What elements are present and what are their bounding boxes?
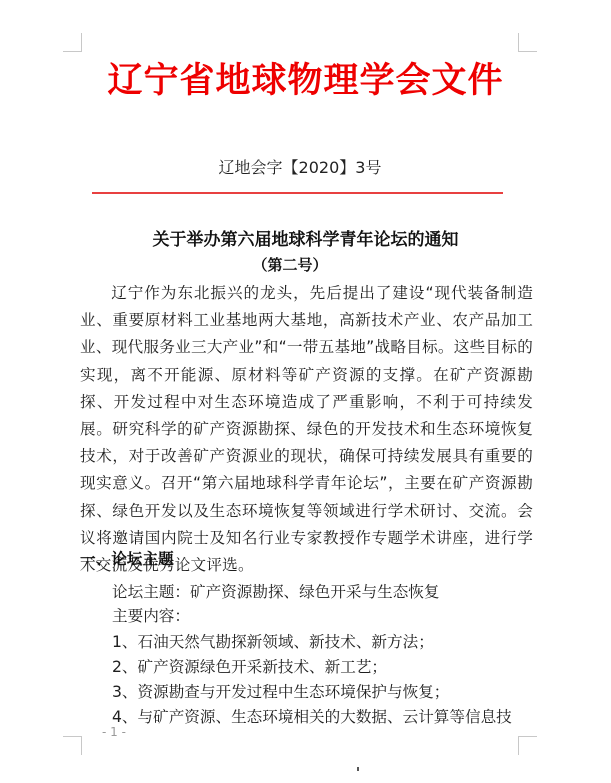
- page-number: - 1 -: [102, 724, 126, 740]
- list-item: 4、与矿产资源、生态环境相关的大数据、云计算等信息技: [112, 705, 512, 729]
- document-page: 辽宁省地球物理学会文件 辽地会字【2020】3号 关于举办第六届地球科学青年论坛…: [0, 0, 611, 783]
- crop-mark-top-left: [63, 33, 82, 52]
- list-item: 2、矿产资源绿色开采新技术、新工艺；: [112, 655, 387, 679]
- notice-subtitle: （第二号）: [0, 254, 580, 276]
- crop-mark-top-right: [518, 33, 537, 52]
- document-number: 辽地会字【2020】3号: [0, 157, 600, 179]
- text-cursor: [357, 767, 359, 771]
- crop-mark-bottom-left: [63, 736, 82, 755]
- document-header-title: 辽宁省地球物理学会文件: [0, 58, 611, 104]
- main-content-label: 主要内容：: [112, 604, 190, 628]
- section-heading-forum-theme: 一、论坛主题: [80, 547, 174, 571]
- crop-mark-bottom-right: [518, 736, 537, 755]
- forum-theme-line: 论坛主题：矿产资源勘探、绿色开采与生态恢复: [112, 580, 439, 604]
- list-item: 1、石油天然气勘探新领域、新技术、新方法；: [112, 630, 434, 654]
- notice-title: 关于举办第六届地球科学青年论坛的通知: [0, 228, 611, 252]
- intro-paragraph: 辽宁作为东北振兴的龙头，先后提出了建设“现代装备制造业、重要原材料工业基地两大基…: [80, 280, 533, 579]
- red-divider-line: [92, 192, 503, 194]
- list-item: 3、资源勘查与开发过程中生态环境保护与恢复；: [112, 680, 449, 704]
